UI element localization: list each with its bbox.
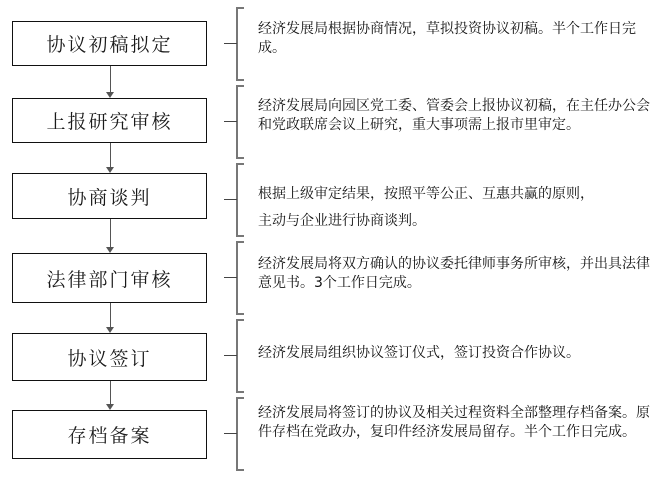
step-box-negotiation: 协商谈判 bbox=[12, 173, 207, 219]
connector-line bbox=[110, 66, 111, 92]
arrow-down-icon bbox=[106, 92, 114, 98]
connector-line bbox=[110, 303, 111, 327]
arrow-down-icon bbox=[106, 247, 114, 253]
bracket-tick bbox=[224, 43, 237, 44]
step-box-draft: 协议初稿拟定 bbox=[12, 21, 207, 66]
arrow-down-icon bbox=[106, 404, 114, 410]
step-label: 协议初稿拟定 bbox=[46, 30, 172, 57]
step-box-legal-review: 法律部门审核 bbox=[12, 253, 207, 303]
bracket-icon bbox=[236, 7, 244, 81]
bracket-icon bbox=[236, 319, 244, 393]
bracket-icon bbox=[236, 397, 244, 471]
step-description: 根据上级审定结果，按照平等公正、互惠共赢的原则， 主动与企业进行协商谈判。 bbox=[258, 185, 654, 231]
bracket-icon bbox=[236, 163, 244, 237]
connector-line bbox=[110, 381, 111, 404]
step-label: 协议签订 bbox=[67, 344, 151, 371]
step-description: 经济发展局将签订的协议及相关过程资料全部整理存档备案。原件存档在党政办，复印件经… bbox=[258, 404, 654, 442]
bracket-icon bbox=[236, 85, 244, 159]
bracket-tick bbox=[224, 433, 237, 434]
step-description: 经济发展局根据协商情况，草拟投资协议初稿。半个工作日完成。 bbox=[258, 20, 654, 58]
bracket-tick bbox=[224, 277, 237, 278]
step-box-signing: 协议签订 bbox=[12, 333, 207, 381]
step-box-archive: 存档备案 bbox=[12, 410, 207, 459]
step-description: 经济发展局向园区党工委、管委会上报协议初稿，在主任办公会和党政联席会议上研究，重… bbox=[258, 97, 654, 135]
step-label: 存档备案 bbox=[67, 421, 151, 448]
bracket-tick bbox=[224, 355, 237, 356]
step-box-report-review: 上报研究审核 bbox=[12, 98, 207, 143]
step-label: 法律部门审核 bbox=[46, 265, 172, 292]
arrow-down-icon bbox=[106, 167, 114, 173]
bracket-tick bbox=[224, 121, 237, 122]
connector-line bbox=[110, 219, 111, 247]
step-description: 经济发展局组织协议签订仪式，签订投资合作协议。 bbox=[258, 344, 654, 363]
arrow-down-icon bbox=[106, 327, 114, 333]
step-description: 经济发展局将双方确认的协议委托律师事务所审核，并出具法律意见书。3个工作日完成。 bbox=[258, 255, 654, 293]
description-line: 根据上级审定结果，按照平等公正、互惠共赢的原则， bbox=[258, 186, 594, 202]
step-label: 协商谈判 bbox=[67, 183, 151, 210]
bracket-icon bbox=[236, 241, 244, 315]
step-label: 上报研究审核 bbox=[46, 107, 172, 134]
connector-line bbox=[110, 143, 111, 167]
description-line: 主动与企业进行协商谈判。 bbox=[258, 212, 654, 231]
bracket-tick bbox=[224, 199, 237, 200]
